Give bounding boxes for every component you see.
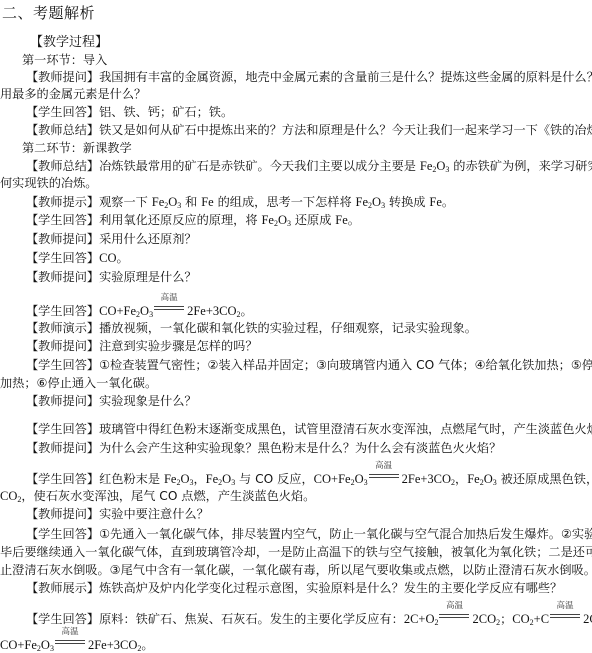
teacher-question-3: 【教师提问】实验原理是什么？ xyxy=(0,269,592,285)
section-title: 二、考题解析 xyxy=(2,2,95,23)
reaction-equation-co-fe2o3: CO+Fe2O3高温2Fe+3CO2 xyxy=(99,304,240,318)
student-answer-1: 【学生回答】铝、铁、钙；矿石；铁。 xyxy=(0,104,592,120)
formula-fe: Fe xyxy=(335,213,348,227)
teacher-question-6: 【教师提问】为什么会产生这种实验现象？黑色粉末是什么？为什么会有淡蓝色火火焰？ xyxy=(0,440,592,456)
student-answer-5-cont: 加热；⑥停止通入一氧化碳。 xyxy=(0,375,592,391)
teacher-summary-tag: 【教师总结】 xyxy=(26,123,99,137)
student-answer-8: 【学生回答】①先通入一氧化碳气体，排尽装置内空气，防止一氧化碳与空气混合加热后发… xyxy=(0,526,592,542)
stage-1-title: 第一环节：导入 xyxy=(0,52,592,68)
high-temperature-equals-sign: 高温 xyxy=(439,610,469,622)
student-answer-9-cont: CO+Fe2O3高温2Fe+3CO2。 xyxy=(0,636,592,653)
student-answer-5: 【学生回答】①检查装置气密性；②装入样品并固定；③向玻璃管内通入 CO 气体；④… xyxy=(0,357,592,373)
teacher-question-2: 【教师提问】采用什么还原剂？ xyxy=(0,231,592,247)
formula-fe2o3: Fe2O3 xyxy=(467,472,497,486)
student-answer-3: 【学生回答】CO。 xyxy=(0,250,592,266)
student-answer-8-cont-2: 止澄清石灰水倒吸。③尾气中含有一氧化碳，一氧化碳有毒，所以尾气要收集或点燃，以防… xyxy=(0,562,592,578)
student-answer-7-cont: CO2，使石灰水变浑浊，尾气 CO 点燃，产生淡蓝色火焰。 xyxy=(0,488,592,504)
formula-fe2o3: Fe2O3 xyxy=(152,195,182,209)
formula-co2: CO2 xyxy=(0,489,21,503)
teacher-question-4: 【教师提问】注意到实验步骤是怎样的吗？ xyxy=(0,338,592,354)
teacher-question-1-cont: 用最多的金属元素是什么？ xyxy=(0,86,592,102)
formula-fe2o3: Fe2O3 xyxy=(356,195,386,209)
teacher-summary-2: 【教师总结】冶炼铁最常用的矿石是赤铁矿。今天我们主要以成分主要是 Fe2O3 的… xyxy=(0,158,592,174)
student-answer-9: 【学生回答】原料：铁矿石、焦炭、石灰石。发生的主要化学反应有：2C+O2高温2C… xyxy=(0,610,592,627)
teaching-process-label: 【教学过程】 xyxy=(30,35,592,51)
student-answer-tag: 【学生回答】 xyxy=(26,105,99,119)
student-answer-8-cont-1: 毕后要继续通入一氧化碳气体，直到玻璃管冷却，一是防止高温下的铁与空气接触，被氧化… xyxy=(0,544,592,560)
teacher-show-1: 【教师展示】炼铁高炉及炉内化学变化过程示意图，实验原料是什么？发生的主要化学反应… xyxy=(0,580,592,596)
reaction-equation-co-fe2o3: CO+Fe2O3高温2Fe+3CO2 xyxy=(0,638,141,652)
formula-fe2o3: Fe2O3 xyxy=(164,472,194,486)
high-temperature-equals-sign: 高温 xyxy=(369,470,399,482)
formula-fe2o3: Fe2O3 xyxy=(261,213,291,227)
teacher-question-5: 【教师提问】实验现象是什么？ xyxy=(0,393,592,409)
teacher-summary-1: 【教师总结】铁又是如何从矿石中提炼出来的？方法和原理是什么？今天让我们一起来学习… xyxy=(0,122,592,138)
high-temperature-equals-sign: 高温 xyxy=(55,636,85,648)
student-answer-6: 【学生回答】玻璃管中得红色粉末逐渐变成黑色，试管里澄清石灰水变浑浊，点燃尾气时，… xyxy=(0,421,592,437)
student-answer-2: 【学生回答】利用氧化还原反应的原理，将 Fe2O3 还原成 Fe。 xyxy=(0,212,592,228)
teacher-question-7: 【教师提问】实验中要注意什么？ xyxy=(0,506,592,522)
teacher-demo-tag: 【教师演示】 xyxy=(26,321,99,335)
high-temperature-equals-sign: 高温 xyxy=(550,610,580,622)
formula-co: CO xyxy=(99,251,116,265)
teacher-ask-tag: 【教师提问】 xyxy=(26,70,99,84)
student-answer-4: 【学生回答】CO+Fe2O3高温2Fe+3CO2。 xyxy=(0,302,592,319)
reaction-equation-c-o2: 2C+O2高温2CO2 xyxy=(404,612,500,626)
teacher-hint-1: 【教师提示】观察一下 Fe2O3 和 Fe 的组成，思考一下怎样将 Fe2O3 … xyxy=(0,194,592,210)
formula-fe: Fe xyxy=(201,195,214,209)
reaction-equation-co-fe2o3: CO+Fe2O3高温2Fe+3CO2 xyxy=(314,472,455,486)
formula-fe2o3: Fe2O3 xyxy=(206,472,236,486)
teacher-question-1: 【教师提问】我国拥有丰富的金属资源，地壳中金属元素的含量前三是什么？提炼这些金属… xyxy=(0,69,592,85)
teacher-hint-tag: 【教师提示】 xyxy=(26,195,99,209)
reaction-equation-co2-c: CO2+C高温2CO2 xyxy=(512,612,592,626)
teacher-summary-2-cont: 何实现铁的冶炼。 xyxy=(0,175,592,191)
teacher-demo-1: 【教师演示】播放视频，一氧化碳和氧化铁的实验过程，仔细观察，记录实验现象。 xyxy=(0,320,592,336)
high-temperature-equals-sign: 高温 xyxy=(154,302,184,314)
formula-fe2o3: Fe2O3 xyxy=(420,159,450,173)
formula-fe: Fe xyxy=(429,195,442,209)
teacher-show-tag: 【教师展示】 xyxy=(26,581,99,595)
stage-2-title: 第二环节：新课教学 xyxy=(0,140,592,156)
student-answer-7: 【学生回答】红色粉末是 Fe2O3，Fe2O3 与 CO 反应，CO+Fe2O3… xyxy=(0,470,592,487)
